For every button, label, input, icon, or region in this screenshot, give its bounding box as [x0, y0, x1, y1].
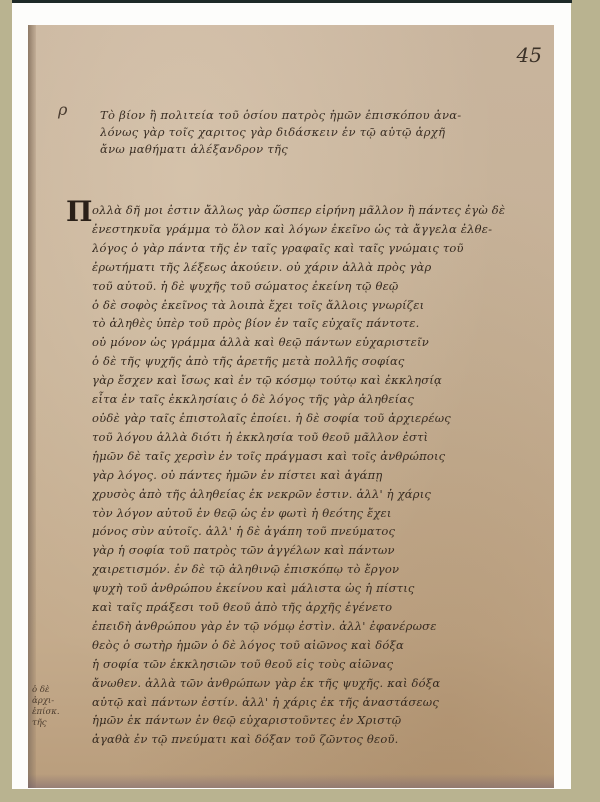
text-line: ὁ δὲ σοφὸς ἐκεῖνος τὰ λοιπὰ ἔχει τοῖς ἄλ…: [92, 296, 547, 315]
heading-line: λόνως γὰρ τοῖς χαριτος γὰρ διδάσκειν ἐν …: [100, 124, 540, 141]
corner-mark: ρ: [58, 100, 67, 119]
text-line: τὸν λόγον αὐτοῦ ἐν θεῷ ὡς ἐν φωτὶ ἡ θεότ…: [92, 504, 547, 523]
text-line: τοῦ αὐτοῦ. ἡ δὲ ψυχῆς τοῦ σώματος ἐκείνη…: [92, 277, 547, 296]
margin-note-line: ὁ δὲ: [32, 685, 82, 696]
text-line: ἄνωθεν. ἀλλὰ τῶν ἀνθρώπων γὰρ ἐκ τῆς ψυχ…: [92, 674, 547, 693]
heading-block: Τὸ βίον ἢ πολιτεία τοῦ ὁσίου πατρὸς ἡμῶν…: [100, 107, 540, 158]
margin-note-line: τῆς: [32, 718, 82, 729]
heading-line: ἄνω μαθήματι ἀλέξανδρον τῆς: [100, 141, 540, 158]
heading-line: Τὸ βίον ἢ πολιτεία τοῦ ὁσίου πατρὸς ἡμῶν…: [100, 107, 540, 124]
text-line: ἡ σοφία τῶν ἐκκλησιῶν τοῦ θεοῦ εἰς τοὺς …: [92, 655, 547, 674]
text-line: οὐδὲ γὰρ ταῖς ἐπιστολαῖς ἐποίει. ἡ δὲ σο…: [92, 409, 547, 428]
margin-note: ὁ δὲ ἀρχι- ἐπίσκ. τῆς: [32, 685, 82, 729]
text-line: τὸ ἀληθὲς ὑπὲρ τοῦ πρὸς βίον ἐν ταῖς εὐχ…: [92, 314, 547, 333]
text-line: τοῦ λόγου ἀλλὰ διότι ἡ ἐκκλησία τοῦ θεοῦ…: [92, 428, 547, 447]
text-line: αὐτῷ καὶ πάντων ἐστίν. ἀλλ' ἡ χάρις ἐκ τ…: [92, 693, 547, 712]
text-line: ἀγαθὰ ἐν τῷ πνεύματι καὶ δόξαν τοῦ ζῶντο…: [92, 730, 547, 749]
text-line: ολλὰ δῆ μοι ἐστιν ἄλλως γὰρ ὥσπερ εἰρήνη…: [92, 201, 547, 220]
folio-number: 45: [517, 43, 542, 67]
text-line: γὰρ ἔσχεν καὶ ἴσως καὶ ἐν τῷ κόσμῳ τούτῳ…: [92, 371, 547, 390]
text-line: χρυσὸς ἀπὸ τῆς ἀληθείας ἐκ νεκρῶν ἐστιν.…: [92, 485, 547, 504]
text-line: ἡμῶν δὲ ταῖς χερσὶν ἐν τοῖς πράγμασι καὶ…: [92, 447, 547, 466]
decorated-initial: Π: [66, 195, 92, 228]
text-line: ἐπειδὴ ἀνθρώπου γὰρ ἐν τῷ νόμῳ ἐστὶν. ἀλ…: [92, 617, 547, 636]
text-line: εἶτα ἐν ταῖς ἐκκλησίαις ὁ δὲ λόγος τῆς γ…: [92, 390, 547, 409]
text-line: χαιρετισμόν. ἐν δὲ τῷ ἀληθινῷ ἐπισκόπῳ τ…: [92, 560, 547, 579]
text-line: ἡμῶν ἐκ πάντων ἐν θεῷ εὐχαριστοῦντες ἐν …: [92, 711, 547, 730]
text-line: ἐρωτήματι τῆς λέξεως ἀκούειν. οὐ χάριν ἀ…: [92, 258, 547, 277]
body-text: ολλὰ δῆ μοι ἐστιν ἄλλως γὰρ ὥσπερ εἰρήνη…: [92, 201, 547, 749]
text-line: μόνος σὺν αὐτοῖς. ἀλλ' ἡ δὲ ἀγάπη τοῦ πν…: [92, 522, 547, 541]
text-line: καὶ ταῖς πράξεσι τοῦ θεοῦ ἀπὸ τῆς ἀρχῆς …: [92, 598, 547, 617]
text-line: γὰρ ἡ σοφία τοῦ πατρὸς τῶν ἀγγέλων καὶ π…: [92, 541, 547, 560]
text-line: λόγος ὁ γὰρ πάντα τῆς ἐν ταῖς γραφαῖς κα…: [92, 239, 547, 258]
text-line: γὰρ λόγος. οὐ πάντες ἡμῶν ἐν πίστει καὶ …: [92, 466, 547, 485]
text-line: ἐνεστηκυῖα γράμμα τὸ ὅλον καὶ λόγων ἐκεῖ…: [92, 220, 547, 239]
text-line: ψυχὴ τοῦ ἀνθρώπου ἐκείνου καὶ μάλιστα ὡς…: [92, 579, 547, 598]
text-line: ὁ δὲ τῆς ψυχῆς ἀπὸ τῆς ἀρετῆς μετὰ πολλῆ…: [92, 352, 547, 371]
text-line: θεὸς ὁ σωτὴρ ἡμῶν ὁ δὲ λόγος τοῦ αἰῶνος …: [92, 636, 547, 655]
manuscript-page: 45 ρ Τὸ βίον ἢ πολιτεία τοῦ ὁσίου πατρὸς…: [28, 25, 554, 788]
margin-note-line: ἐπίσκ.: [32, 707, 82, 718]
margin-note-line: ἀρχι-: [32, 696, 82, 707]
text-line: οὐ μόνον ὡς γράμμα ἀλλὰ καὶ θεῷ πάντων ε…: [92, 333, 547, 352]
